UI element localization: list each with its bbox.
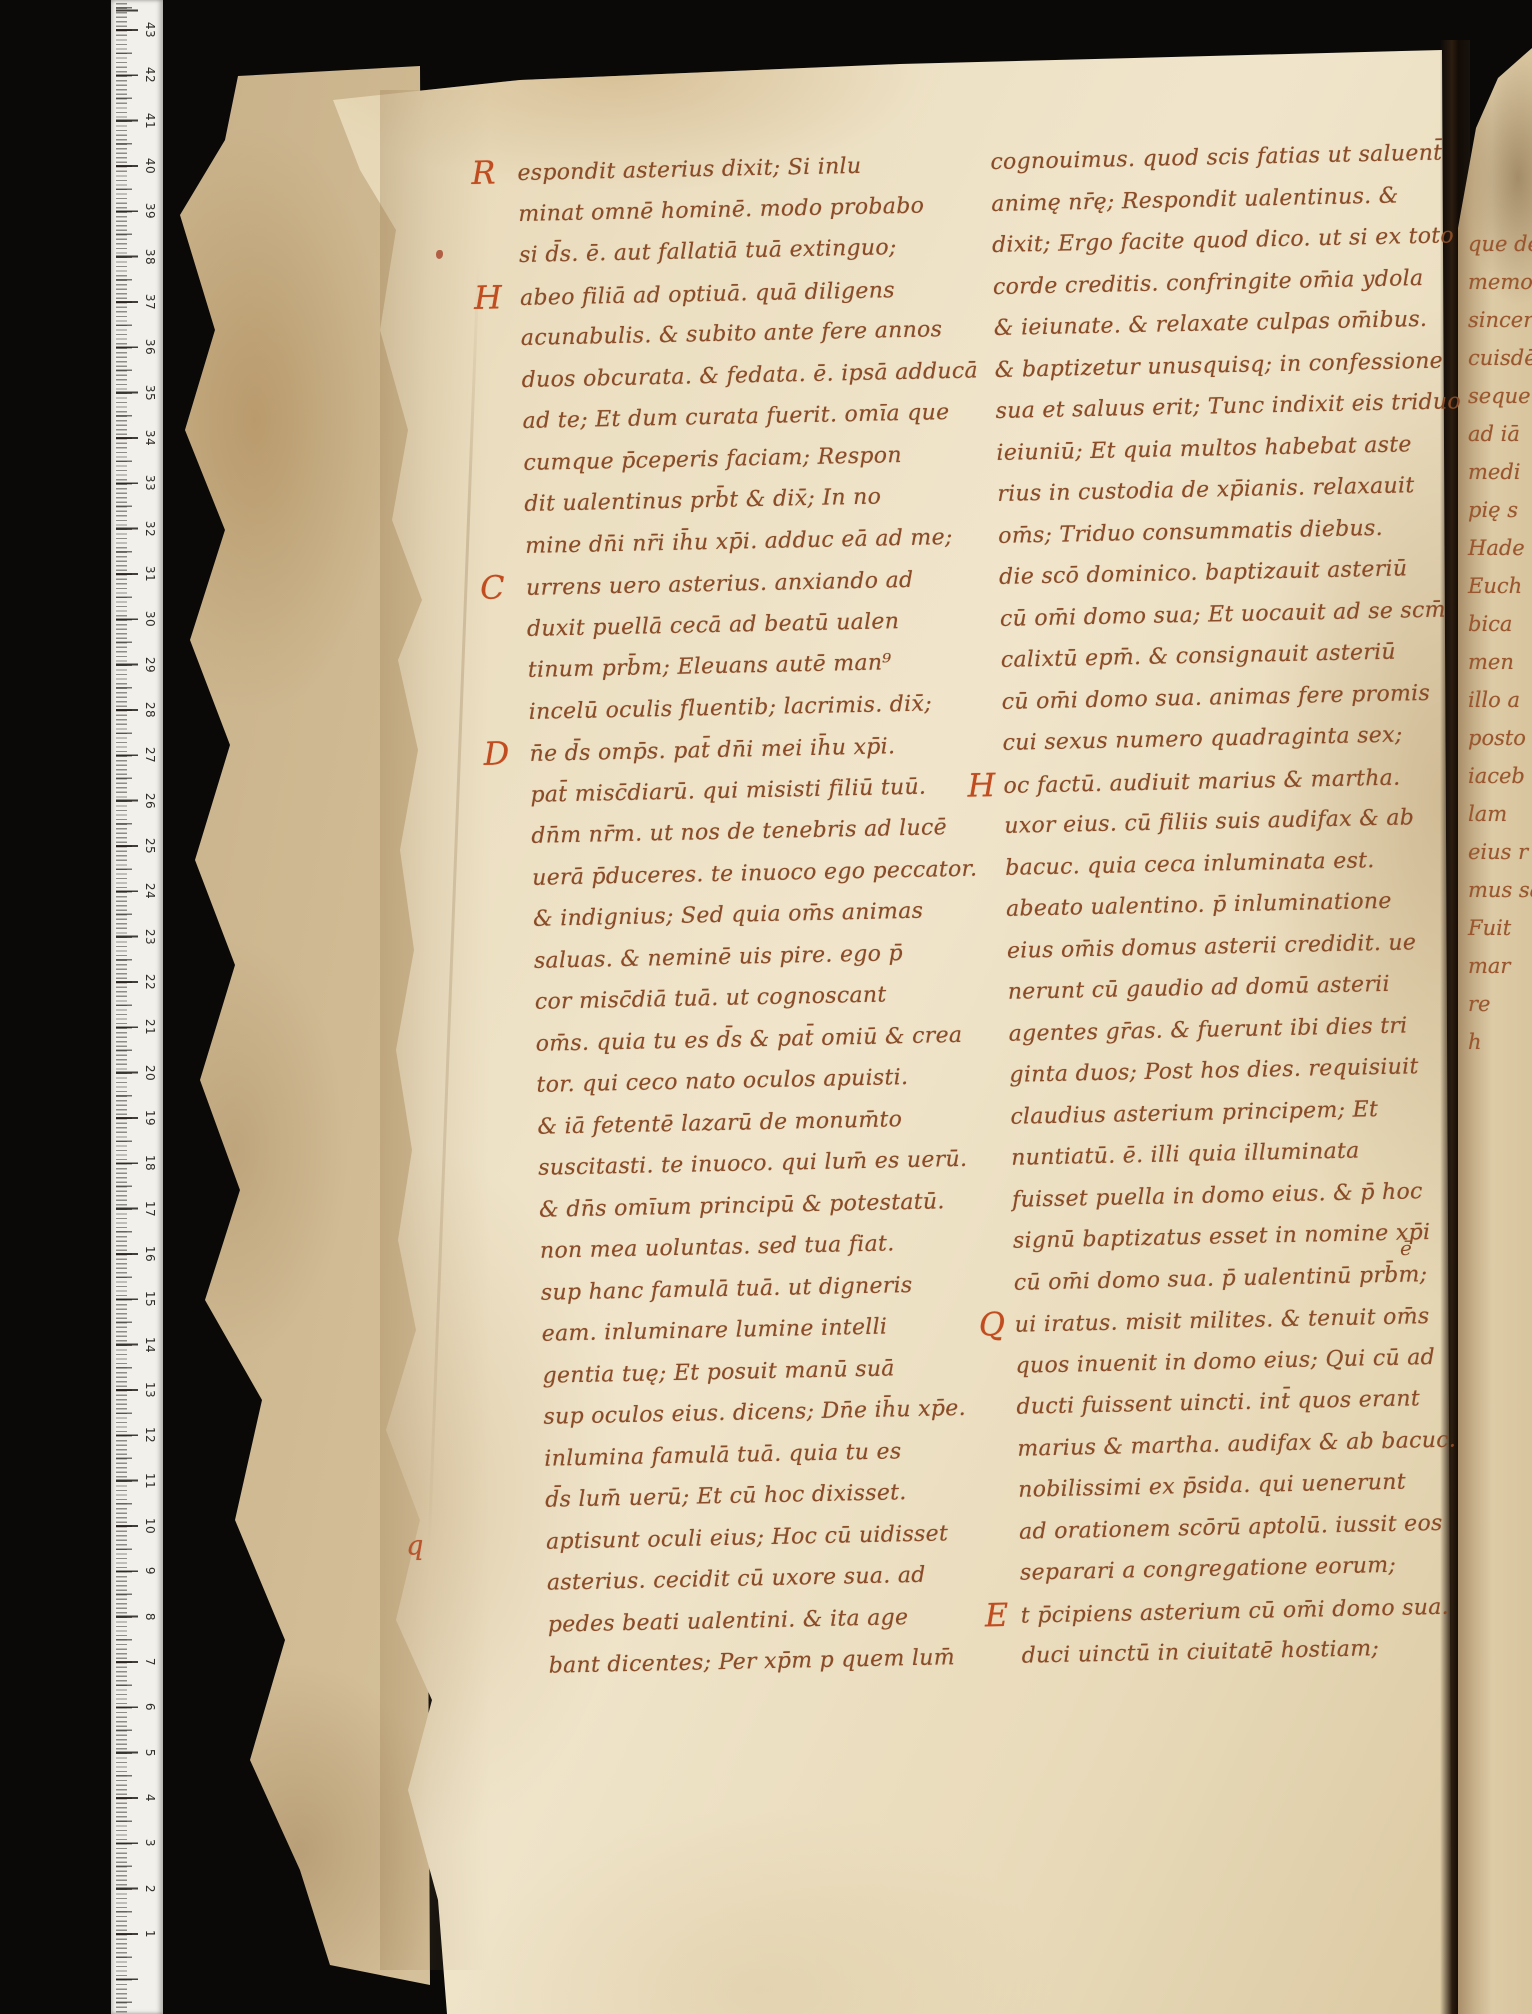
text-line-body: om̄s. quia tu es d̄s & pat̄ omiū & crea: [535, 1022, 962, 1056]
text-line-body: & baptizetur unusquisq; in confessione: [995, 348, 1444, 382]
ruler-number: 31: [141, 551, 159, 596]
facing-folio-text-fragment: Euch: [1468, 567, 1532, 605]
ruler-number-label: 7: [143, 1658, 157, 1666]
rubricated-initial: Q: [978, 1304, 1015, 1346]
text-line-body: d̄s lum̄ uerū; Et cū hoc dixisset.: [545, 1480, 907, 1513]
text-line-body: duos obcurata. & fedata. ē. ipsā adducā: [522, 358, 979, 393]
text-line-body: & ieiunate. & relaxate culpas om̄ibus.: [994, 307, 1428, 341]
text-line-body: eam. inluminare lumine intelli: [542, 1315, 888, 1347]
ruler-number: 16: [141, 1231, 159, 1276]
ruler-number: 34: [141, 415, 159, 460]
ruler-number-label: 4: [143, 1794, 157, 1802]
ruler-number-label: 23: [143, 929, 157, 945]
text-line-body: rius in custodia de xp̄ianis. relaxauit: [997, 473, 1415, 507]
ruler-number: 27: [141, 733, 159, 778]
ruler-number: 38: [141, 234, 159, 279]
text-line-body: & iā fetentē lazarū de monum̄to: [537, 1107, 902, 1140]
facing-folio-text-fragment: iaceb: [1468, 757, 1532, 795]
ruler-number: 7: [141, 1639, 159, 1684]
ruler-number: 6: [141, 1685, 159, 1730]
rubricated-initial: H: [967, 764, 1004, 806]
ruler-number: 21: [141, 1005, 159, 1050]
ruler-number: 32: [141, 506, 159, 551]
facing-folio-text-fragment: h: [1468, 1023, 1532, 1061]
text-line-body: dn̄m nr̄m. ut nos de tenebris ad lucē: [531, 815, 947, 849]
ruler-number-label: 13: [143, 1382, 157, 1398]
ruler-number: 5: [141, 1730, 159, 1775]
text-line-body: gentia tuę; Et posuit manū suā: [542, 1356, 895, 1388]
facing-folio-text-fragment: re: [1468, 985, 1532, 1023]
text-line-body: cognouimus. quod scis fatias ut saluent̄: [990, 141, 1442, 175]
ruler-number-label: 41: [143, 113, 157, 129]
ruler-number-label: 34: [143, 430, 157, 446]
text-line-body: & dn̄s omīum principū & potestatū.: [539, 1189, 945, 1222]
ruler-number-label: 22: [143, 974, 157, 990]
ruler-number: 18: [141, 1141, 159, 1186]
text-line-body: fuisset puella in domo eius. & p̄ hoc: [1012, 1179, 1423, 1213]
text-line-body: cū om̄i domo sua. animas fere promis: [1001, 680, 1430, 714]
rubricated-initial: E: [984, 1594, 1021, 1636]
ruler-number-label: 26: [143, 793, 157, 809]
text-line-body: om̄s; Triduo consummatis diebus.: [998, 515, 1383, 548]
ruler-number-label: 37: [143, 294, 157, 310]
text-line-body: aptisunt oculi eius; Hoc cū uidisset: [546, 1521, 948, 1554]
text-line-body: eius om̄is domus asterii credidit. ue: [1007, 930, 1417, 964]
text-line-body: suscitasti. te inuoco. qui lum̄ es uerū.: [538, 1147, 968, 1181]
ruler-number-label: 2: [143, 1885, 157, 1893]
facing-folio-text-fragment: que de: [1468, 225, 1532, 263]
text-line-body: agentes gr̄as. & fuerunt ibi dies tri: [1008, 1013, 1407, 1046]
ruler-number: 26: [141, 778, 159, 823]
ruler-number-label: 14: [143, 1337, 157, 1353]
facing-folio-text-fragment: posto: [1468, 719, 1532, 757]
text-line-body: cū om̄i domo sua. p̄ ualentinū prb̄m;: [1014, 1262, 1428, 1296]
ruler-number: 36: [141, 325, 159, 370]
ruler-number: 4: [141, 1775, 159, 1820]
ruler-number: 30: [141, 597, 159, 642]
text-line-body: uerā p̄duceres. te inuoco ego peccator.: [532, 856, 978, 890]
ruler-number-label: 18: [143, 1155, 157, 1171]
text-line-body: saluas. & neminē uis pire. ego p̄: [534, 941, 903, 974]
ruler-number-label: 25: [143, 838, 157, 854]
ruler-number: 43: [141, 8, 159, 53]
ruler-number: 39: [141, 189, 159, 234]
facing-folio-text-fragment: pię s: [1468, 491, 1532, 529]
rubricated-initial: D: [483, 733, 530, 775]
facing-folio-text-fragment: cuisdē: [1468, 339, 1532, 377]
ruler-number: 23: [141, 914, 159, 959]
text-line-body: si d̄s. ē. aut fallatiā tuā extinguo;: [519, 235, 897, 268]
ruler-number: 29: [141, 642, 159, 687]
margin-mark: ē: [1400, 1236, 1412, 1260]
text-line-body: ad orationem scōrū aptolū. iussit eos: [1019, 1510, 1443, 1544]
ruler-number: 17: [141, 1186, 159, 1231]
facing-folio-text-fragment: seque: [1468, 377, 1532, 415]
text-line-body: ui iratus. misit milites. & tenuit om̄s: [1015, 1304, 1430, 1338]
text-line-body: pedes beati ualentini. & ita age: [548, 1605, 909, 1638]
ruler-number-label: 42: [143, 67, 157, 83]
text-line-body: cū om̄i domo sua; Et uocauit ad se scm̄: [1000, 597, 1446, 631]
ruler-number-label: 9: [143, 1567, 157, 1575]
text-line-body: sup oculos eius. dicens; Dn̄e ih̄u xp̄e.: [543, 1396, 966, 1430]
ruler-number-label: 1: [143, 1930, 157, 1938]
ruler-number: 14: [141, 1322, 159, 1367]
rubricated-initial: R: [471, 152, 518, 194]
text-line-body: t p̄cipiens asterium cū om̄i domo sua.: [1021, 1594, 1450, 1628]
ruler-number-label: 10: [143, 1518, 157, 1534]
ruler-number-label: 12: [143, 1427, 157, 1443]
text-line-body: non mea uoluntas. sed tua fiat.: [540, 1231, 895, 1263]
rubricated-initial: C: [480, 567, 527, 609]
facing-folio-text-fragment: men: [1468, 643, 1532, 681]
text-line-body: incelū oculis fluentib; lacrimis. dix̄;: [528, 691, 932, 724]
text-line-body: sua et saluus erit; Tunc indixit eis tri…: [995, 389, 1461, 424]
text-line-body: abeo filiā ad optiuā. quā diligens: [520, 278, 895, 311]
ruler-number: 10: [141, 1503, 159, 1548]
ruler-number: 24: [141, 869, 159, 914]
ruler-numbers: 43 42 41 40 39 38: [141, 8, 159, 1957]
ruler-number-label: 17: [143, 1201, 157, 1217]
facing-folio-text-fragment: memor: [1468, 263, 1532, 301]
text-line-body: cumque p̄ceperis faciam; Respon: [523, 443, 902, 476]
text-line-body: ginta duos; Post hos dies. requisiuit: [1009, 1054, 1419, 1088]
text-line-body: ducti fuissent uincti. int̄ quos erant: [1016, 1386, 1420, 1419]
ruler-number-label: 29: [143, 657, 157, 673]
left-text-column: Respondit asterius dixit; Si inlu minat …: [517, 142, 1005, 1687]
text-line-body: nobilissimi ex p̄sida. qui uenerunt: [1018, 1470, 1406, 1503]
measuring-ruler: 43 42 41 40 39 38: [111, 0, 163, 2014]
ruler-number-label: 36: [143, 339, 157, 355]
ruler-number: 28: [141, 687, 159, 732]
text-line-body: espondit asterius dixit; Si inlu: [517, 154, 861, 186]
text-line-body: nerunt cū gaudio ad domū asterii: [1008, 972, 1391, 1005]
rubricated-initial: H: [474, 276, 521, 318]
right-text-column: cognouimus. quod scis fatias ut saluent̄…: [990, 132, 1487, 1677]
text-line-body: corde creditis. confringite om̄ia ydola: [993, 265, 1424, 299]
ruler-number: 1: [141, 1911, 159, 1956]
facing-folio-text-fragment: Fuit: [1468, 909, 1532, 947]
text-line-body: tor. qui ceco nato oculos apuisti.: [536, 1065, 908, 1098]
text-line-body: cui sexus numero quadraginta sex;: [1002, 722, 1402, 755]
facing-folio-text-fragment: mus sa: [1468, 871, 1532, 909]
ruler-number-label: 35: [143, 385, 157, 401]
facing-folio-text-fragment: medi: [1468, 453, 1532, 491]
text-line-body: cor misc̄diā tuā. ut cognoscant: [535, 982, 887, 1014]
text-line-body: oc factū. audiuit marius & martha.: [1003, 765, 1400, 798]
text-line-body: quos inuenit in domo eius; Qui cū ad: [1015, 1344, 1435, 1378]
facing-folio-text-fragment: mar: [1468, 947, 1532, 985]
text-line-body: calixtū epm̄. & consignauit asteriū: [1001, 640, 1397, 673]
text-line-body: nuntiatū. ē. illi quia illuminata: [1011, 1138, 1360, 1170]
text-line-body: acunabulis. & subito ante fere annos: [521, 317, 943, 351]
ruler-number: 2: [141, 1866, 159, 1911]
text-line-body: & indignius; Sed quia om̄s animas: [533, 899, 924, 932]
text-line-body: mine dn̄i nr̄i ih̄u xp̄i. adduc eā ad me…: [525, 524, 953, 558]
facing-folio-text-fragment: Hade: [1468, 529, 1532, 567]
ruler-number-label: 30: [143, 611, 157, 627]
text-line-body: duci uinctū in ciuitatē hostiam;: [1021, 1636, 1379, 1668]
ruler-number: 9: [141, 1549, 159, 1594]
text-line-body: sup hanc famulā tuā. ut digneris: [541, 1272, 913, 1305]
text-line-body: n̄e d̄s omp̄s. pat̄ dn̄i mei ih̄u xp̄i.: [529, 734, 895, 767]
ruler-number-label: 16: [143, 1246, 157, 1262]
ruler-number-label: 38: [143, 249, 157, 265]
ruler-number-label: 20: [143, 1065, 157, 1081]
text-line-body: dit ualentinus prb̄t & dix̄; In no: [524, 484, 881, 516]
text-line-body: claudius asterium principem; Et: [1010, 1097, 1378, 1130]
ruler-number-label: 28: [143, 702, 157, 718]
text-line-body: bant dicentes; Per xp̄m p quem lum̄: [548, 1645, 955, 1679]
ruler-number-label: 24: [143, 883, 157, 899]
text-line-body: tinum prb̄m; Eleuans autē man⁹: [528, 650, 892, 683]
facing-folio-text-fragment: ad iā: [1468, 415, 1532, 453]
photo-background: 43 42 41 40 39 38: [0, 0, 1532, 2014]
text-line-body: separari a congregatione eorum;: [1020, 1553, 1397, 1586]
text-line-body: animę nr̄ę; Respondit ualentinus. &: [991, 183, 1399, 217]
facing-folio-text-fragment: bica: [1468, 605, 1532, 643]
ruler-number: 22: [141, 959, 159, 1004]
text-line-body: ieiuniū; Et quia multos habebat aste: [996, 432, 1412, 466]
ruler-number: 41: [141, 98, 159, 143]
ruler-number: 40: [141, 143, 159, 188]
text-line-body: bacuc. quia ceca inluminata est.: [1005, 848, 1375, 881]
text-line-body: uxor eius. cū filiis suis audifax & ab: [1004, 805, 1414, 839]
text-line-body: marius & martha. audifax & ab bacuc.: [1017, 1427, 1456, 1461]
facing-folio-text-fragment: sincer: [1468, 301, 1532, 339]
text-line-body: minat omnē hominē. modo probabo: [518, 193, 924, 226]
text-line-body: inlumina famulā tuā. quia tu es: [544, 1439, 902, 1471]
ruler-number-label: 33: [143, 475, 157, 491]
ruler-number-label: 32: [143, 521, 157, 537]
text-line-body: signū baptizatus esset in nomine xp̄i: [1013, 1220, 1431, 1254]
ruler-number-label: 11: [143, 1473, 157, 1489]
ruler-number-label: 21: [143, 1019, 157, 1035]
text-line-body: abeato ualentino. p̄ inluminatione: [1006, 889, 1392, 922]
text-line-body: urrens uero asterius. anxiando ad: [526, 568, 914, 601]
ruler-number-label: 8: [143, 1613, 157, 1621]
ruler-number: 15: [141, 1277, 159, 1322]
ruler-number: 42: [141, 53, 159, 98]
text-line-body: pat̄ misc̄diarū. qui misisti filiū tuū.: [530, 774, 926, 807]
rubricated-initial: q: [406, 1522, 547, 1566]
ruler-number: 35: [141, 370, 159, 415]
ruler-number-label: 39: [143, 203, 157, 219]
ruler-number: 11: [141, 1458, 159, 1503]
ruler-number-label: 40: [143, 158, 157, 174]
ruler-number-label: 6: [143, 1703, 157, 1711]
text-line-body: die scō dominico. baptizauit asteriū: [999, 556, 1408, 590]
ruler-number: 19: [141, 1095, 159, 1140]
text-line-body: asterius. cecidit cū uxore sua. ad: [547, 1563, 926, 1596]
ruler-number: 3: [141, 1821, 159, 1866]
ruler-number-label: 19: [143, 1110, 157, 1126]
text-line-body: ad te; Et dum curata fuerit. omīa que: [522, 400, 949, 434]
text-line-body: dixit; Ergo facite quod dico. ut si ex t…: [992, 223, 1454, 258]
ruler-number: 13: [141, 1367, 159, 1412]
ruler-number: 8: [141, 1594, 159, 1639]
ruler-number: 20: [141, 1050, 159, 1095]
facing-folio-text: que de memor sincer cuisdē seque ad iā m…: [1468, 225, 1532, 1061]
ruler-number-label: 43: [143, 22, 157, 38]
facing-folio-text-fragment: eius r: [1468, 833, 1532, 871]
ruler-number-label: 5: [143, 1749, 157, 1757]
facing-folio-text-fragment: illo a: [1468, 681, 1532, 719]
ruler-number: 12: [141, 1413, 159, 1458]
ruler-number: 33: [141, 461, 159, 506]
ruler-number: 25: [141, 823, 159, 868]
ruler-number-label: 3: [143, 1839, 157, 1847]
text-line-body: duxit puellā cecā ad beatū ualen: [527, 609, 900, 642]
ruler-number-label: 31: [143, 566, 157, 582]
ruler-number-label: 15: [143, 1291, 157, 1307]
ruler-number-label: 27: [143, 747, 157, 763]
ruler-number: 37: [141, 279, 159, 324]
facing-folio-text-fragment: lam: [1468, 795, 1532, 833]
